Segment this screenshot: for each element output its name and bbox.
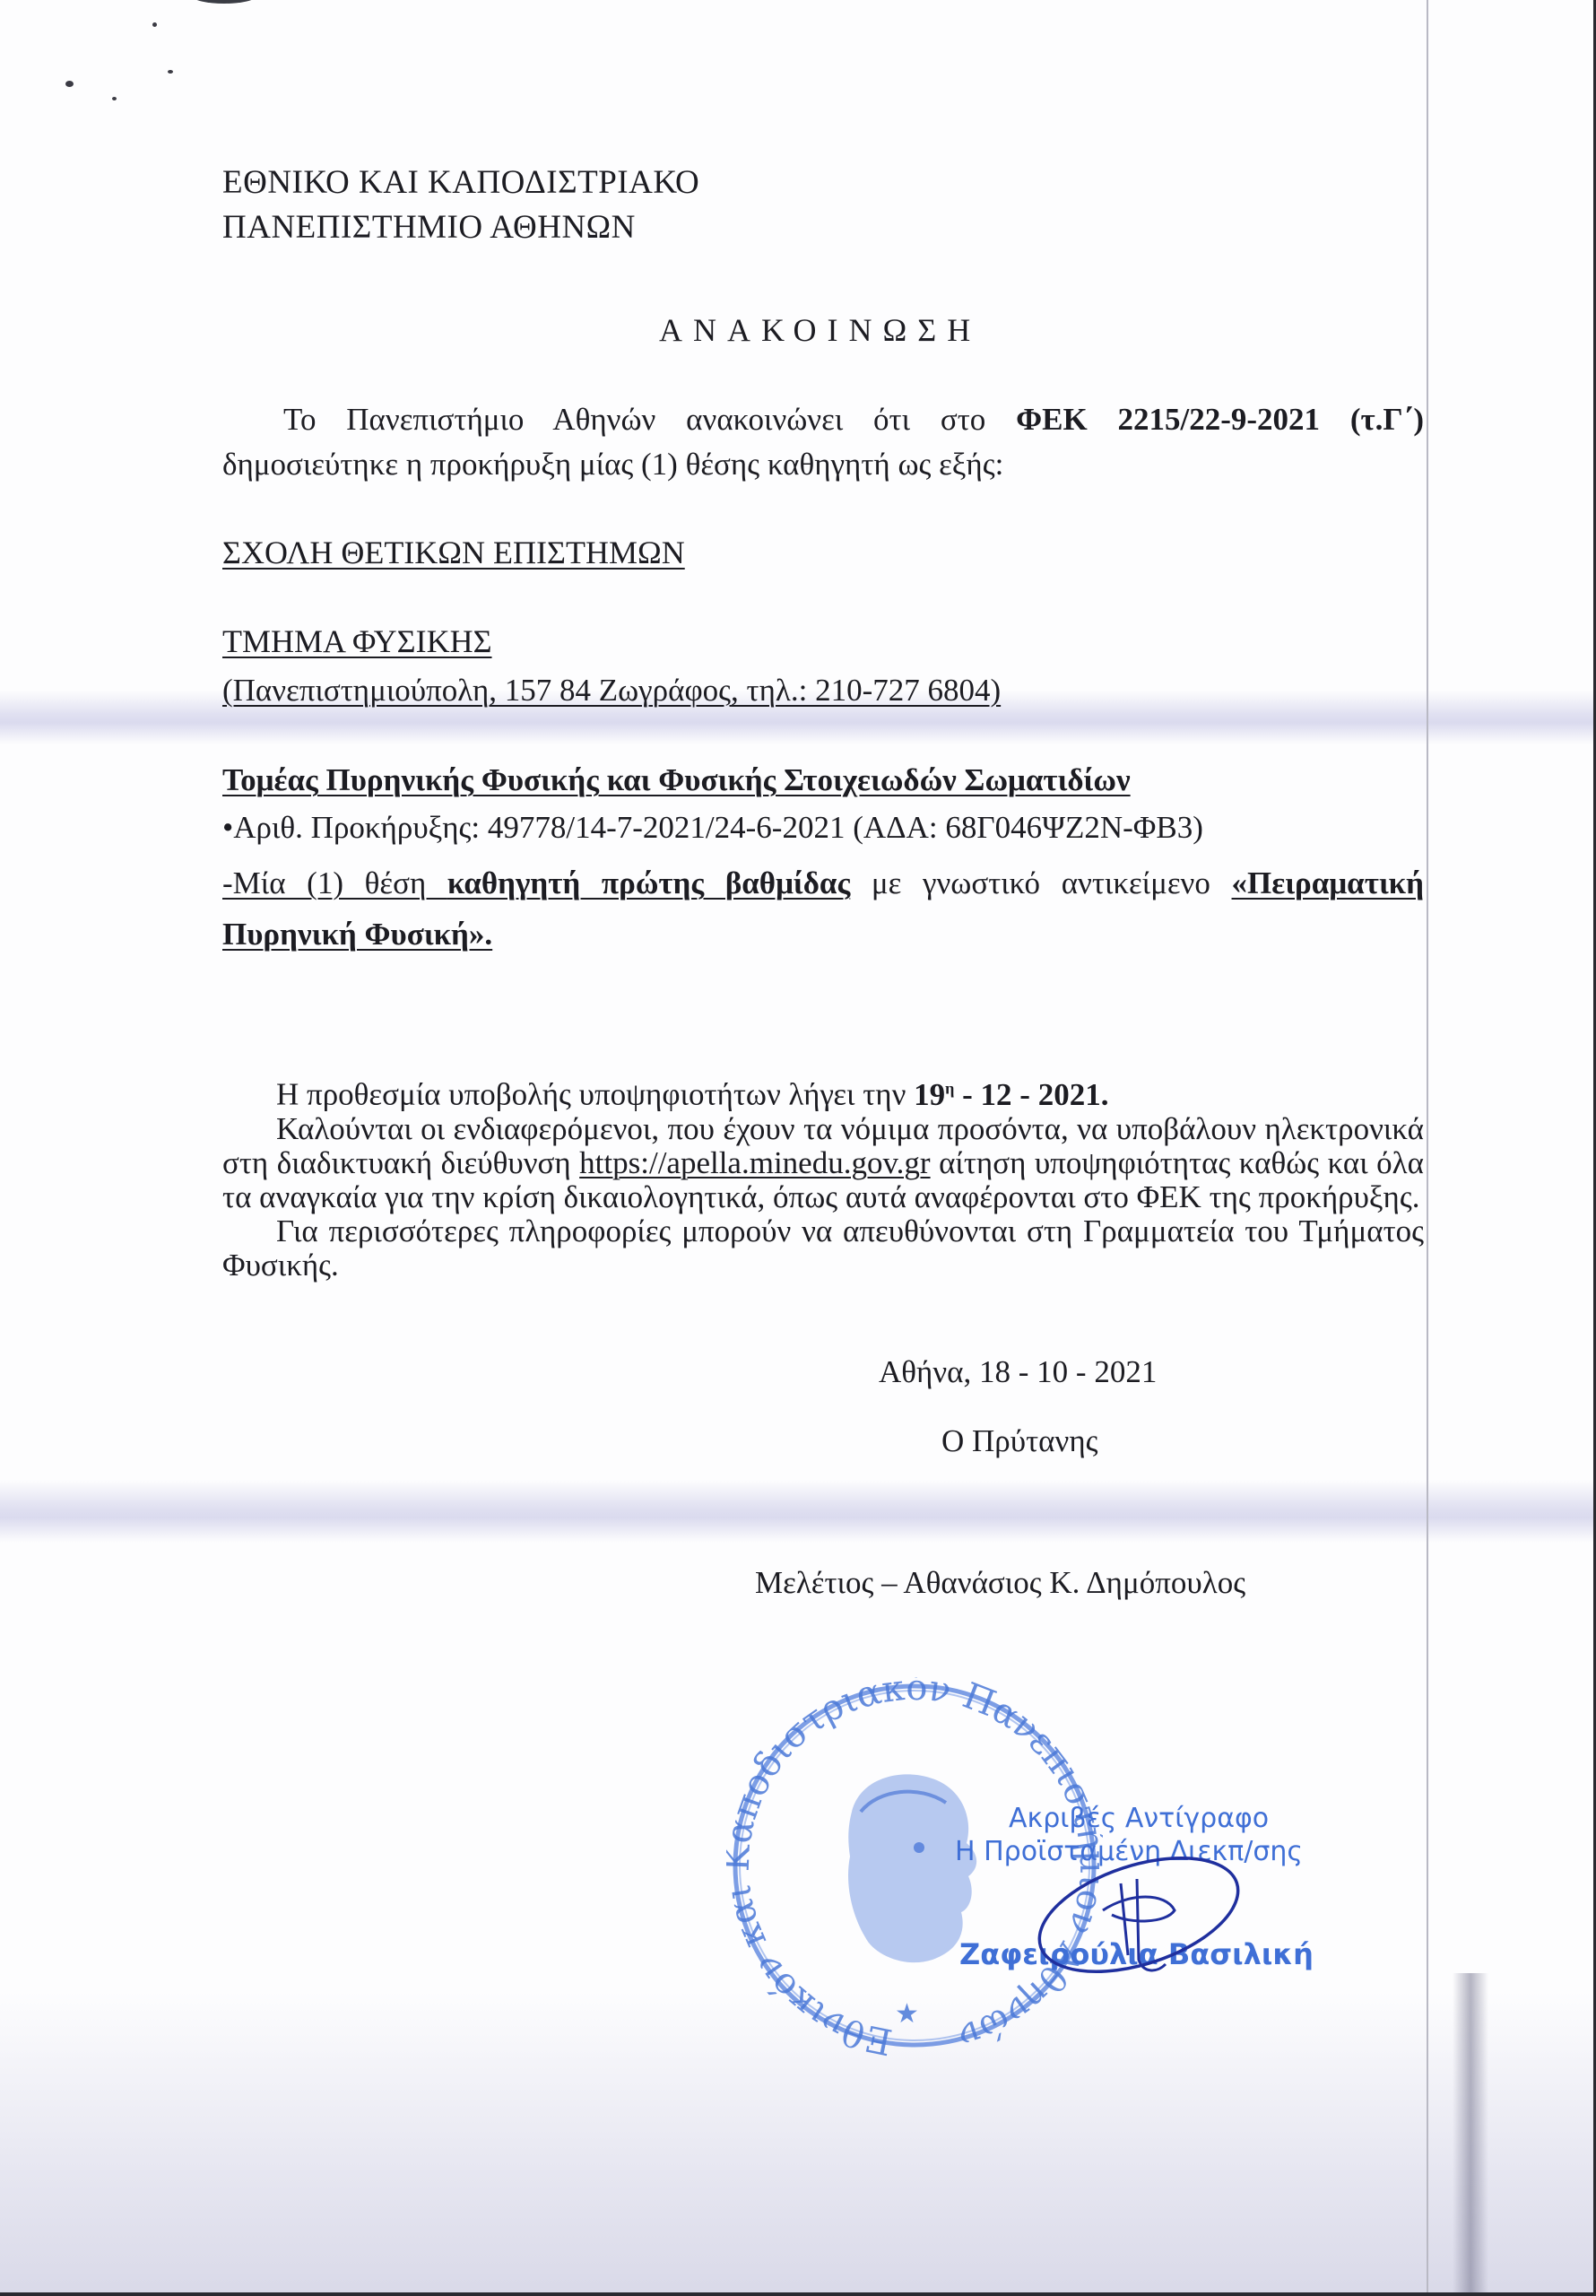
position-rank: καθηγητή πρώτης βαθμίδας bbox=[447, 865, 850, 900]
fold-crease bbox=[0, 1480, 1596, 1543]
intro-text-end: δημοσιεύτηκε η προκήρυξη μίας (1) θέσης … bbox=[222, 447, 1003, 482]
application-paragraph: Καλούνται οι ενδιαφερόμενοι, που έχουν τ… bbox=[222, 1112, 1424, 1214]
issue-date: Αθήνα, 18 - 10 - 2021 bbox=[879, 1354, 1157, 1390]
announcement-reference: •Αριθ. Προκήρυξης: 49778/14-7-2021/24-6-… bbox=[222, 810, 1203, 846]
info-paragraph: Για περισσότερες πληροφορίες μπορούν να … bbox=[222, 1214, 1424, 1283]
fek-reference: ΦΕΚ 2215/22-9-2021 (τ.Γ΄) bbox=[1016, 402, 1424, 437]
position-description: -Μία (1) θέση καθηγητή πρώτης βαθμίδας μ… bbox=[222, 857, 1424, 960]
signer-role: Ο Πρύτανης bbox=[941, 1423, 1098, 1459]
punch-hole-mark bbox=[193, 0, 256, 4]
institution-name-line2: ΠΑΝΕΠΙΣΤΗΜΙΟ ΑΘΗΝΩΝ bbox=[222, 208, 636, 247]
intro-paragraph: Το Πανεπιστήμιο Αθηνών ανακοινώνει ότι σ… bbox=[222, 397, 1424, 487]
position-prefix: -Μία (1) θέση bbox=[222, 865, 447, 900]
scan-speck bbox=[112, 97, 117, 100]
position-middle: με γνωστικό αντικείμενο bbox=[850, 865, 1231, 900]
page-edge-line bbox=[1427, 0, 1428, 2296]
institution-name-line1: ΕΘΝΙΚΟ ΚΑΙ ΚΑΠΟΔΙΣΤΡΙΑΚΟ bbox=[222, 163, 699, 202]
handwritten-signature-icon bbox=[1031, 1839, 1246, 1991]
scan-speck bbox=[152, 22, 157, 27]
scan-speck bbox=[168, 70, 173, 74]
application-instructions: Η προθεσμία υποβολής υποψηφιοτήτων λήγει… bbox=[222, 1071, 1424, 1283]
school-heading: ΣΧΟΛΗ ΘΕΤΙΚΩΝ ΕΠΙΣΤΗΜΩΝ bbox=[222, 534, 685, 571]
scanned-document-page: ΕΘΝΙΚΟ ΚΑΙ ΚΑΠΟΔΙΣΤΡΙΑΚΟ ΠΑΝΕΠΙΣΤΗΜΙΟ ΑΘ… bbox=[0, 0, 1596, 2296]
department-heading: ΤΜΗΜΑ ΦΥΣΙΚΗΣ bbox=[222, 622, 492, 660]
intro-text: Το Πανεπιστήμιο Αθηνών ανακοινώνει ότι σ… bbox=[222, 402, 1016, 437]
certified-copy-stamp: Ακριβές Αντίγραφο bbox=[1009, 1803, 1269, 1834]
signer-name: Μελέτιος – Αθανάσιος Κ. Δημόπουλος bbox=[755, 1565, 1245, 1601]
deadline-line: Η προθεσμία υποβολής υποψηφιοτήτων λήγει… bbox=[222, 1071, 1424, 1112]
department-address: (Πανεπιστημιούπολη, 157 84 Ζωγράφος, τηλ… bbox=[222, 673, 1001, 709]
deadline-date: 19η - 12 - 2021. bbox=[914, 1077, 1108, 1112]
sector-heading: Τομέας Πυρηνικής Φυσικής και Φυσικής Στο… bbox=[222, 762, 1131, 798]
svg-text:★: ★ bbox=[895, 1999, 919, 2029]
apella-link[interactable]: https://apella.minedu.gov.gr bbox=[579, 1145, 930, 1180]
scan-streak bbox=[1453, 1973, 1488, 2296]
announcement-title: ΑΝΑΚΟΙΝΩΣΗ bbox=[659, 311, 981, 349]
scan-border bbox=[0, 2292, 1596, 2296]
scan-speck bbox=[65, 81, 74, 87]
